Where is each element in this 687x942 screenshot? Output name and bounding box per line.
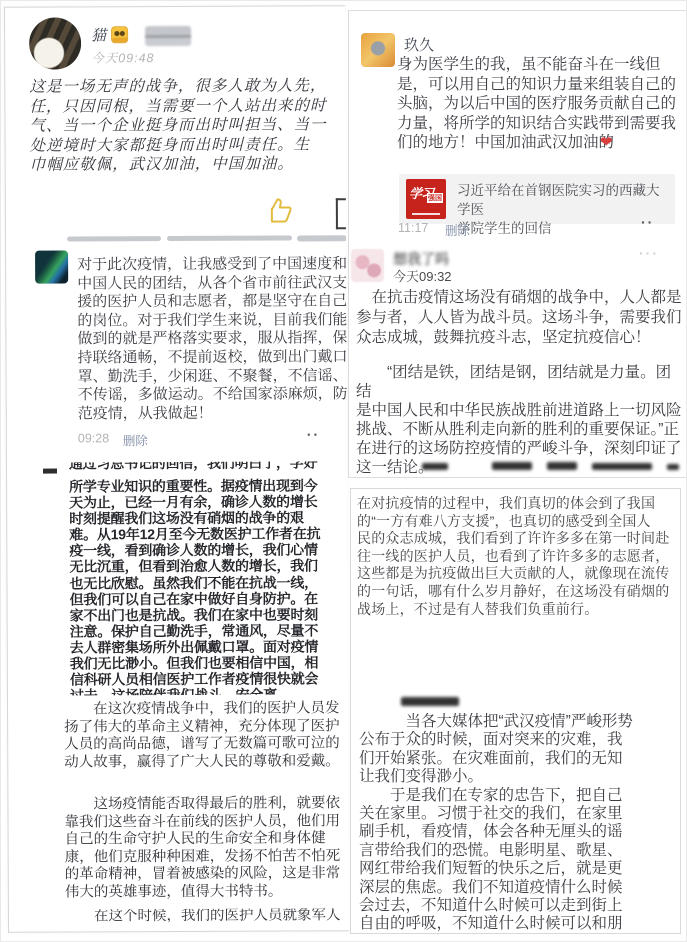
redacted-smudge [667,464,679,470]
more-menu-button[interactable]: ·· [641,214,654,230]
post-body: 对于此次疫情，让我感受到了中国速度和 中国人民的团结，从各个省市前往武汉支 援的… [77,255,349,426]
right-screenshot-card-bottom: 在对抗疫情的过程中，我们真切的体会到了我国 的“一方有难八方支援”，也真切的感受… [350,488,681,934]
post-header: 猫 [91,24,128,45]
heart-emoji: ❤ [600,133,613,151]
divider-bar [297,235,347,241]
essay-paragraph: 在对抗疫情的过程中，我们真切的体会到了我国 的“一方有难八方支援”，也真切的感受… [357,495,679,618]
timestamp: 09:28 [78,431,109,445]
redacted-smudge [492,462,532,470]
delete-link[interactable]: 删除 [445,221,470,239]
delete-link[interactable]: 删除 [123,431,148,449]
link-title[interactable]: 习近平给在首钢医院实习的西藏大学医 学院学生的回信 [457,181,669,238]
right-screenshot-card-top: 玖久 身为医学生的我，虽不能奋斗在一线但 是，可以用自己的知识力量来组装自己的 … [348,10,687,478]
xuexi-qiangguo-icon: 学习 强国 [406,179,446,219]
timestamp: 11:17 [398,221,428,235]
more-menu-button[interactable]: ·· [307,426,320,442]
divider-bar [67,236,161,241]
post-body-handwriting: 这是一场无声的战争，很多人敢为人先， 任，只因同根，当需要一个人站出来的时 气、… [29,76,349,179]
clipped-text-line: 通过习总书记的回信，我们明白了，学好 [69,461,327,474]
clipped-text-line: 在这个时候，我们的医护人员就象军人 [65,908,347,922]
username[interactable]: 玖久 [404,34,434,55]
post-paragraph: 在抗击疫情这场没有硝烟的战争中，人人都是 参与者，人人皆为战斗员。这场斗争，需要… [356,288,684,348]
redacted-smudge [547,462,577,470]
post-body: 身为医学生的我，虽不能奋斗在一线但 是，可以用自己的知识力量来组装自己的 头脑，… [397,55,677,155]
timestamp: 今天09:32 [393,266,452,285]
redacted-smudge [422,463,448,470]
post-paragraph: “团结是铁，团结是钢，团结就是力量。团结 是中国人民和中华民族战胜前进道路上一切… [356,363,684,477]
more-menu-button[interactable]: ··· [639,245,659,261]
essay-paragraph: 在这次疫情战争中，我们的医护人员发 扬了伟大的革命主义精神，充分体现了医护 人员… [64,700,346,772]
thumbs-up-icon[interactable] [263,194,295,226]
redacted-smudge [592,463,652,470]
avatar[interactable] [351,249,384,282]
username[interactable]: 猫 [91,27,107,44]
tiger-face-emoji [111,26,128,43]
clipped-comment-icon[interactable] [336,198,347,229]
avatar[interactable] [361,33,395,67]
avatar[interactable] [35,250,68,283]
blurred-image-chip[interactable] [145,26,191,46]
left-screenshot-card: 猫 今天09:48 这是一场无声的战争，很多人敢为人先， 任，只因同根，当需要一… [4,5,349,932]
avatar[interactable] [29,17,81,69]
essay-paragraph: 当各大媒体把“武汉疫情”严峻形势 公布于众的时候，面对突来的灾难，我 们开始紧张… [359,713,679,934]
moments-collage: 猫 今天09:48 这是一场无声的战争，很多人敢为人先， 任，只因同根，当需要一… [0,0,687,942]
divider-bar [167,235,292,241]
timestamp: 今天09:48 [91,48,154,66]
redacted-smudge [401,697,459,706]
essay-paragraph: 所学专业知识的重要性。据疫情出现到今 天为止，已经一月有余，确诊人数的增长 时刻… [69,477,332,695]
shared-link-card[interactable]: 学习 强国 习近平给在首钢医院实习的西藏大学医 学院学生的回信 [399,174,675,224]
list-dash-mark [43,469,57,474]
essay-paragraph: 这场疫情能否取得最后的胜利，就要依 靠我们这些奋斗在前线的医护人员，他们用 自己… [64,795,346,902]
